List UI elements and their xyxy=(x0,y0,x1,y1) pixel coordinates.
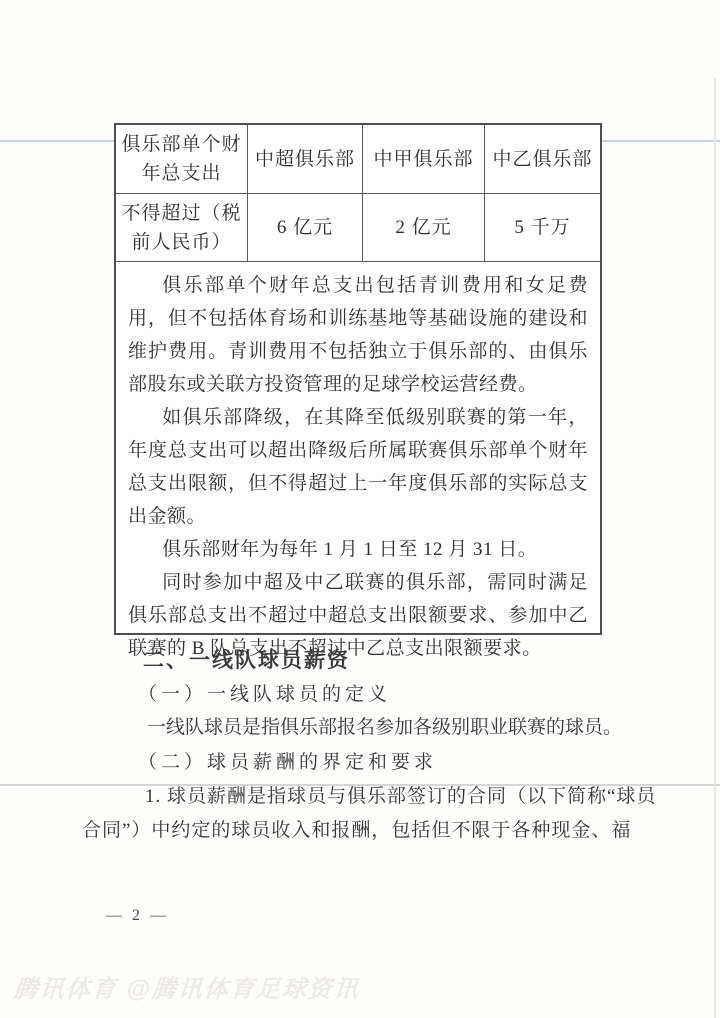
subsection-2-heading: （二）球员薪酬的界定和要求 xyxy=(138,747,437,774)
header-label-line2: 年总支出 xyxy=(141,159,221,188)
watermark-text: 腾讯体育 @腾讯体育足球资讯 xyxy=(13,969,362,1004)
limit-label-line1: 不得超过（税 xyxy=(121,199,241,228)
paragraph-line-1: 1. 球员薪酬是指球员与俱乐部签订的合同（以下简称“球员 xyxy=(145,781,656,808)
limit-value-league1: 2 亿元 xyxy=(363,194,485,261)
table-limit-row: 不得超过（税 前人民币） 6 亿元 2 亿元 5 千万 xyxy=(116,194,600,262)
note-paragraph: 如俱乐部降级，在其降至低级别联赛的第一年，年度总支出可以超出降级后所属联赛俱乐部… xyxy=(128,401,588,533)
table-header-row: 俱乐部单个财 年总支出 中超俱乐部 中甲俱乐部 中乙俱乐部 xyxy=(116,125,600,194)
header-label-line1: 俱乐部单个财 xyxy=(121,130,241,159)
subsection-1-body: 一线队球员是指俱乐部报名参加各级别职业联赛的球员。 xyxy=(147,712,622,739)
section-heading: 二、一线队球员薪资 xyxy=(143,644,350,674)
note-paragraph: 俱乐部单个财年总支出包括青训费用和女足费用，但不包括体育场和训练基地等基础设施的… xyxy=(128,269,588,401)
page-number: — 2 — xyxy=(106,907,169,925)
table-notes: 俱乐部单个财年总支出包括青训费用和女足费用，但不包括体育场和训练基地等基础设施的… xyxy=(116,262,600,665)
expenditure-limit-table: 俱乐部单个财 年总支出 中超俱乐部 中甲俱乐部 中乙俱乐部 不得超过（税 前人民… xyxy=(114,123,602,635)
subsection-1-heading: （一）一线队球员的定义 xyxy=(138,679,391,706)
table-header-csl-cell: 中超俱乐部 xyxy=(248,125,363,193)
table-header-label-cell: 俱乐部单个财 年总支出 xyxy=(116,125,248,193)
paragraph-line-2: 合同”）中约定的球员收入和报酬，包括但不限于各种现金、福 xyxy=(82,815,631,842)
table-limit-label-cell: 不得超过（税 前人民币） xyxy=(116,194,248,261)
scan-page-edge xyxy=(714,78,716,1018)
limit-value-league2: 5 千万 xyxy=(485,194,600,261)
note-paragraph: 俱乐部财年为每年 1 月 1 日至 12 月 31 日。 xyxy=(128,533,588,566)
limit-label-line2: 前人民币） xyxy=(131,228,231,257)
scanned-document-page: 俱乐部单个财 年总支出 中超俱乐部 中甲俱乐部 中乙俱乐部 不得超过（税 前人民… xyxy=(0,0,720,1018)
limit-value-csl: 6 亿元 xyxy=(248,194,363,261)
table-header-league1-cell: 中甲俱乐部 xyxy=(363,125,485,193)
table-header-league2-cell: 中乙俱乐部 xyxy=(485,125,600,193)
